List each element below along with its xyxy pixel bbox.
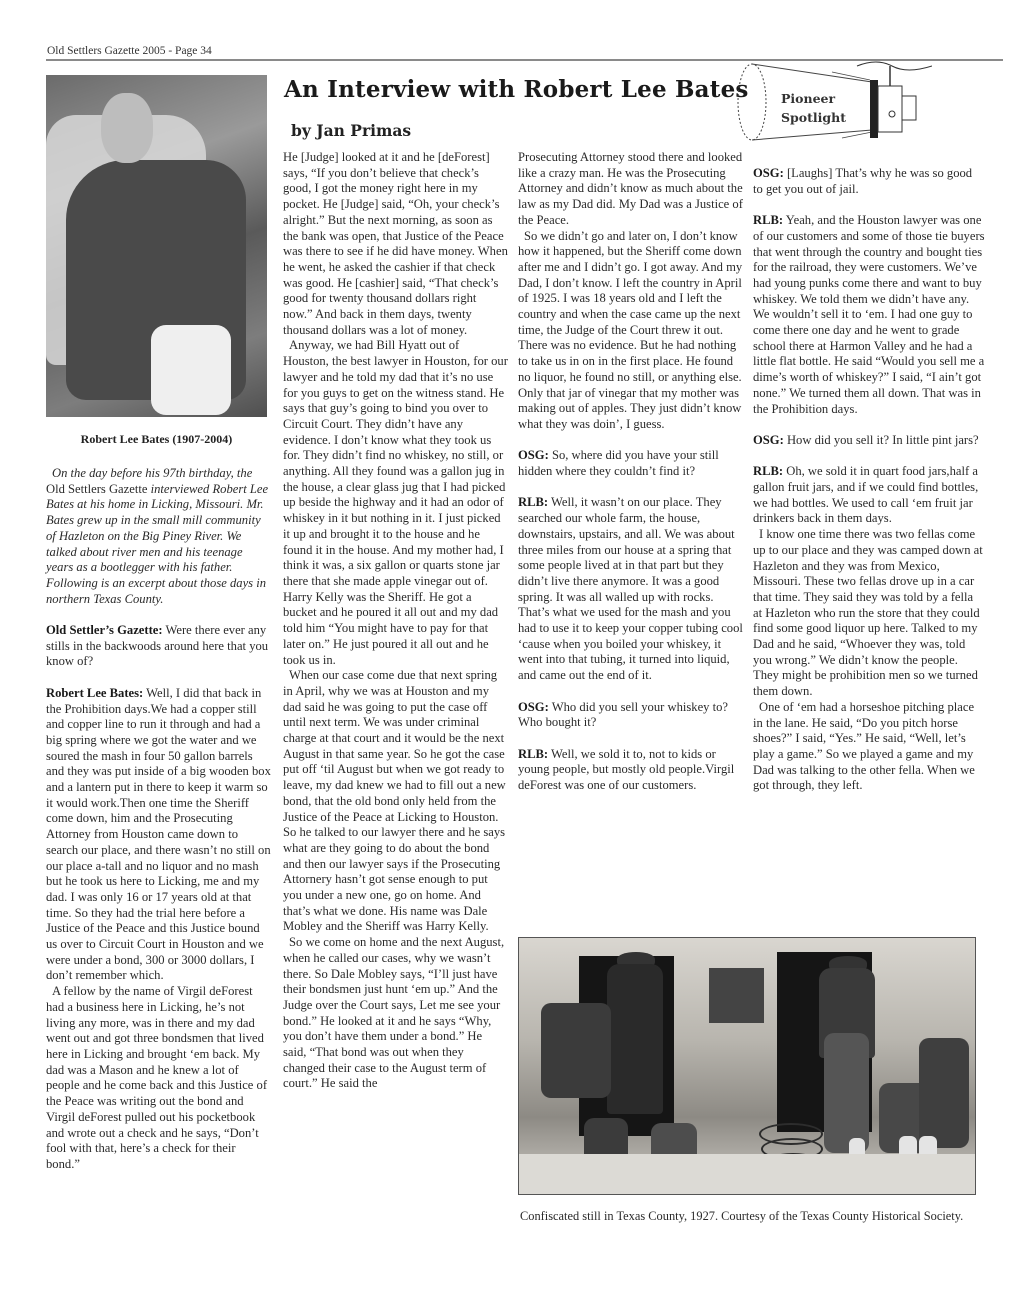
answer-5-continued: One of ‘em had a horseshoe pitching plac…	[753, 700, 985, 794]
paragraph: Prosecuting Attorney stood there and loo…	[518, 150, 744, 229]
speaker-rlb: RLB:	[518, 495, 548, 509]
intro-text-2: interviewed Robert Lee Bates at his home…	[46, 482, 268, 606]
speaker-osg: OSG:	[753, 166, 784, 180]
question-5: OSG: How did you sell it? In little pint…	[753, 433, 985, 449]
photo-cloth-shape	[151, 325, 231, 415]
photo-ground-shape	[519, 1154, 975, 1194]
speaker-rlb: RLB:	[753, 464, 783, 478]
answer-5-continued: I know one time there was two fellas com…	[753, 527, 985, 700]
column-4: OSG: [Laughs] That’s why he was so good …	[753, 166, 985, 794]
photo-caption-bates: Robert Lee Bates (1907-2004)	[46, 432, 267, 447]
speaker-osg: OSG:	[518, 700, 549, 714]
answer-1-continued: A fellow by the name of Virgil deForest …	[46, 984, 272, 1172]
answer-1: Robert Lee Bates: Well, I did that back …	[46, 686, 272, 984]
photo-still-pot-shape	[919, 1038, 969, 1148]
photo-man-shape	[607, 964, 663, 1114]
column-2: He [Judge] looked at it and he [deForest…	[283, 150, 508, 1092]
intro-publication: Old Settlers Gazette	[46, 482, 147, 496]
question-3: OSG: Who did you sell your whiskey to? W…	[518, 700, 744, 731]
running-head: Old Settlers Gazette 2005 - Page 34	[47, 45, 212, 57]
photo-confiscated-still	[518, 937, 976, 1195]
paragraph: Anyway, we had Bill Hyatt out of Houston…	[283, 338, 508, 668]
intro-text-1: On the day before his 97th birthday, the	[52, 466, 252, 480]
question-text: So, where did you have your still hidden…	[518, 448, 719, 478]
photo-robert-lee-bates	[46, 75, 267, 417]
speaker-osg: OSG:	[518, 448, 549, 462]
column-3: Prosecuting Attorney stood there and loo…	[518, 150, 744, 794]
answer-2: RLB: Well, it wasn’t on our place. They …	[518, 495, 744, 683]
paragraph: So we come on home and the next August, …	[283, 935, 508, 1092]
paragraph: So we didn’t go and later on, I don’t kn…	[518, 229, 744, 433]
question-1: Old Settler’s Gazette: Were there ever a…	[46, 623, 272, 670]
answer-text: Yeah, and the Houston lawyer was one of …	[753, 213, 985, 415]
speaker-rlb: Robert Lee Bates:	[46, 686, 143, 700]
paragraph: When our case come due that next spring …	[283, 668, 508, 935]
speaker-osg: OSG:	[753, 433, 784, 447]
answer-5: RLB: Oh, we sold it in quart food jars,h…	[753, 464, 985, 527]
speaker-osg: Old Settler’s Gazette:	[46, 623, 163, 637]
spotlight-label-spotlight: Spotlight	[781, 110, 846, 125]
answer-text: Oh, we sold it in quart food jars,half a…	[753, 464, 978, 525]
question-text: Who did you sell your whiskey to? Who bo…	[518, 700, 728, 730]
answer-4: RLB: Yeah, and the Houston lawyer was on…	[753, 213, 985, 417]
question-text: [Laughs] That’s why he was so good to ge…	[753, 166, 972, 196]
answer-text: Well, it wasn’t on our place. They searc…	[518, 495, 743, 682]
article-byline: by Jan Primas	[291, 121, 411, 140]
photo-window-shape	[709, 968, 764, 1023]
question-4: OSG: [Laughs] That’s why he was so good …	[753, 166, 985, 197]
article-title: An Interview with Robert Lee Bates	[284, 76, 749, 103]
photo-caption-still: Confiscated still in Texas County, 1927.…	[520, 1209, 980, 1224]
question-2: OSG: So, where did you have your still h…	[518, 448, 744, 479]
question-text: How did you sell it? In little pint jars…	[784, 433, 979, 447]
column-1: On the day before his 97th birthday, the…	[46, 466, 272, 1173]
photo-head-shape	[101, 93, 153, 163]
spotlight-label-pioneer: Pioneer	[781, 91, 835, 106]
answer-text: Well, we sold it to, not to kids or youn…	[518, 747, 734, 792]
photo-vat-shape	[541, 1003, 611, 1098]
paragraph: He [Judge] looked at it and he [deForest…	[283, 150, 508, 338]
answer-3: RLB: Well, we sold it to, not to kids or…	[518, 747, 744, 794]
intro-paragraph: On the day before his 97th birthday, the…	[46, 466, 272, 607]
photo-still-pot-shape	[824, 1033, 869, 1153]
speaker-rlb: RLB:	[518, 747, 548, 761]
answer-text: Well, I did that back in the Prohibition…	[46, 686, 271, 983]
speaker-rlb: RLB:	[753, 213, 783, 227]
